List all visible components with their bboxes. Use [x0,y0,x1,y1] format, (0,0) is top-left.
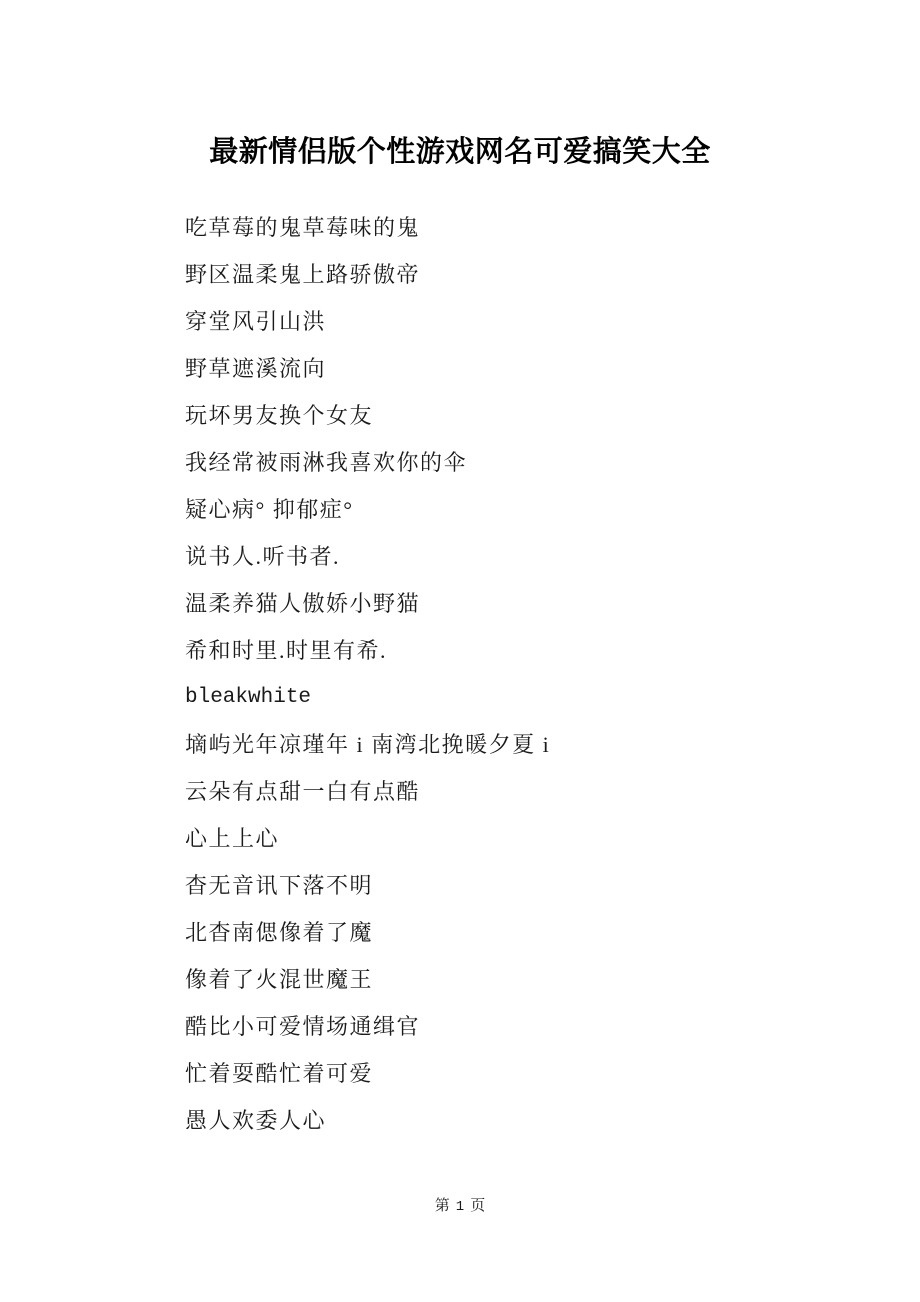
nickname-line: 杳无音讯下落不明 [185,874,920,898]
nickname-line: 野草遮溪流向 [185,357,920,381]
nickname-line: 北杳南偲像着了魔 [185,921,920,945]
nickname-line: 疑心病° 抑郁症° [185,498,920,522]
nickname-line: 玩坏男友换个女友 [185,404,920,428]
nickname-list: 吃草莓的鬼草莓味的鬼野区温柔鬼上路骄傲帝穿堂风引山洪野草遮溪流向玩坏男友换个女友… [185,216,920,1133]
page-footer-suffix: 页 [470,1198,485,1214]
nickname-line: 吃草莓的鬼草莓味的鬼 [185,216,920,240]
page-number: 1 [450,1199,470,1215]
nickname-line: bleakwhite [185,686,920,710]
nickname-line: 温柔养猫人傲娇小野猫 [185,592,920,616]
nickname-line: 希和时里.时里有希. [185,639,920,663]
nickname-line: 穿堂风引山洪 [185,310,920,334]
nickname-line: 说书人.听书者. [185,545,920,569]
nickname-line: 心上上心 [185,827,920,851]
nickname-line: 酷比小可爱情场通缉官 [185,1015,920,1039]
nickname-line: 像着了火混世魔王 [185,968,920,992]
nickname-line: 愚人欢委人心 [185,1109,920,1133]
page-footer-prefix: 第 [435,1198,450,1214]
nickname-line: 野区温柔鬼上路骄傲帝 [185,263,920,287]
page-title: 最新情侣版个性游戏网名可爱搞笑大全 [0,0,920,168]
nickname-line: 云朵有点甜一白有点酷 [185,780,920,804]
nickname-line: 忙着耍酷忙着可爱 [185,1062,920,1086]
nickname-line: 我经常被雨淋我喜欢你的伞 [185,451,920,475]
document-page: 最新情侣版个性游戏网名可爱搞笑大全 吃草莓的鬼草莓味的鬼野区温柔鬼上路骄傲帝穿堂… [0,0,920,1302]
nickname-line: 墑屿光年凉瑾年 i 南湾北挽暖夕夏 i [185,733,920,757]
page-footer: 第1页 [0,1194,920,1215]
